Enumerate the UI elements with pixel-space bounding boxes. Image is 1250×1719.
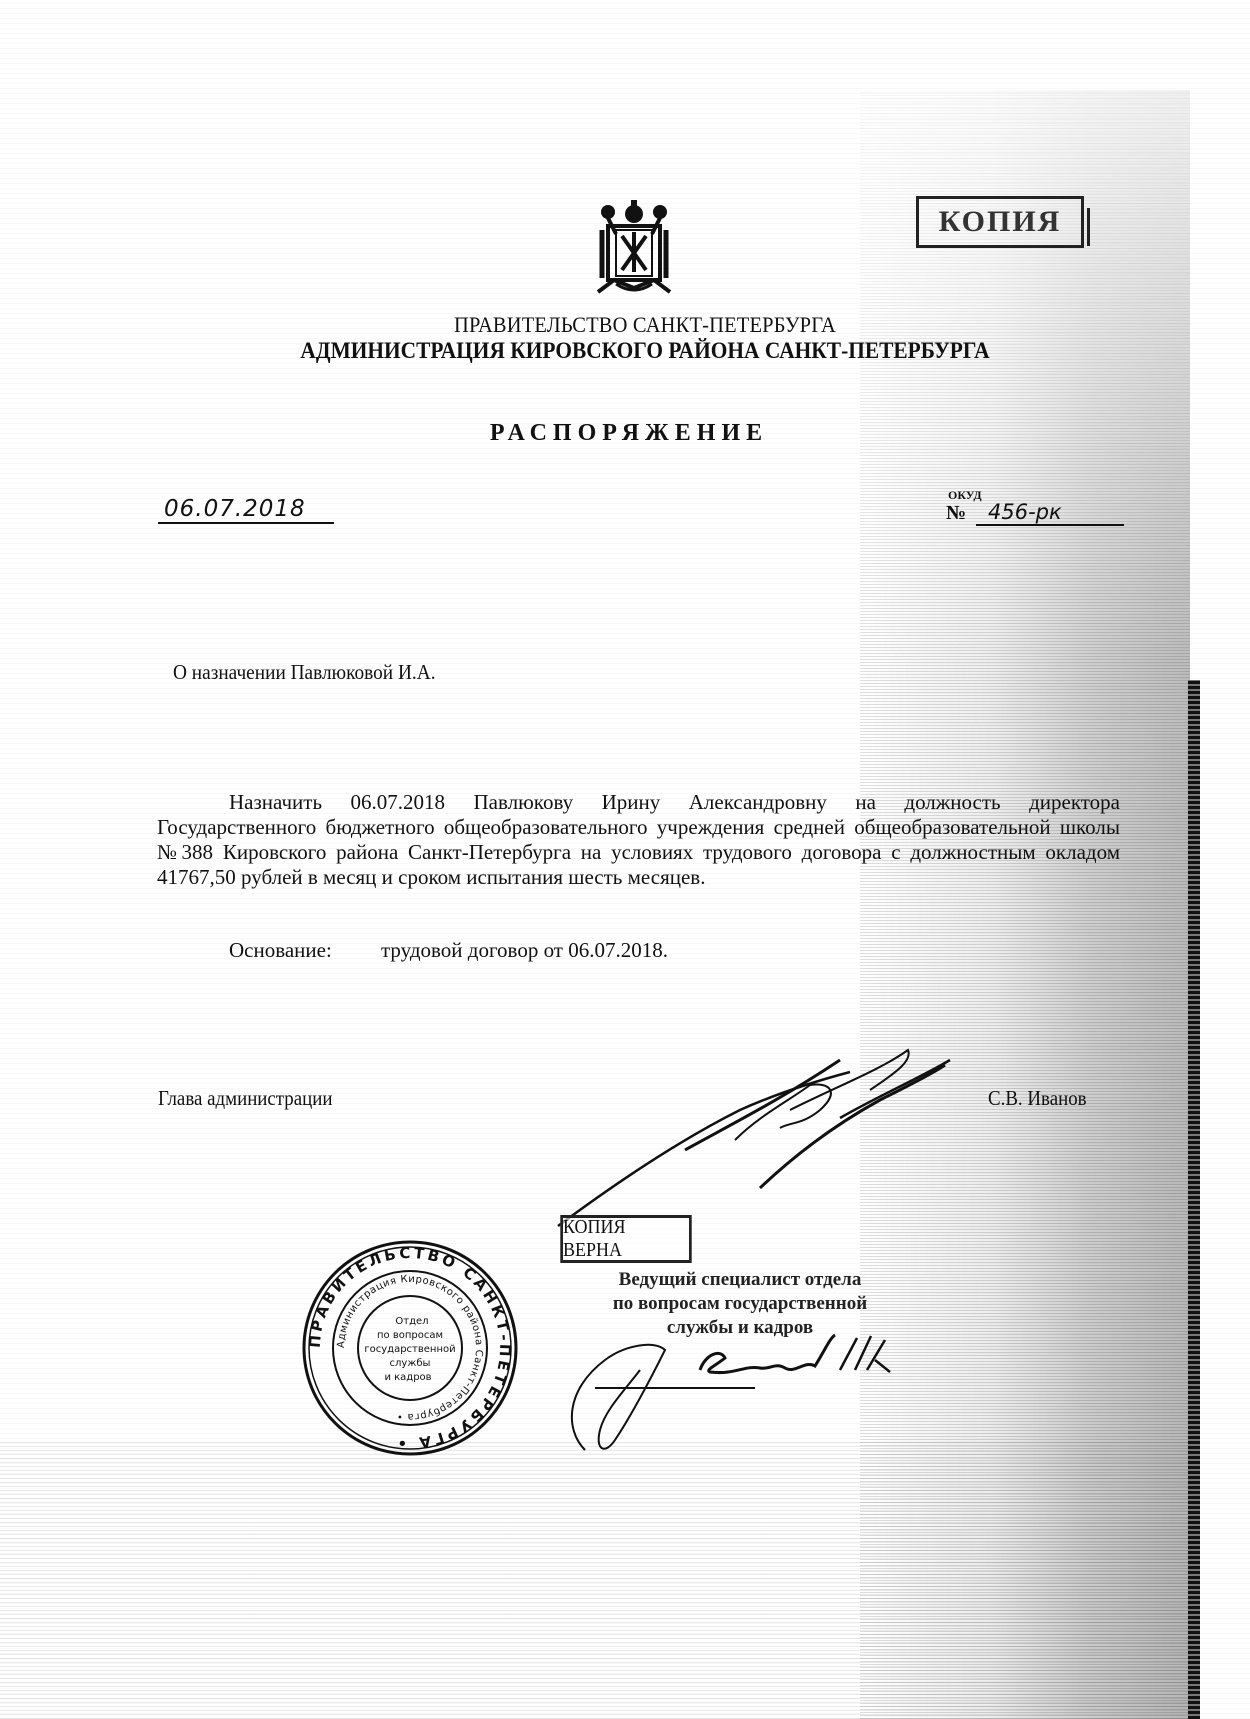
seal-center-text: Отдел [395, 1316, 428, 1327]
document-number: 456-рк [976, 500, 1124, 526]
government-title: ПРАВИТЕЛЬСТВО САНКТ-ПЕТЕРБУРГА [45, 312, 1245, 338]
seal-center-text: и кадров [384, 1372, 431, 1383]
administration-title: АДМИНИСТРАЦИЯ КИРОВСКОГО РАЙОНА САНКТ-ПЕ… [45, 338, 1245, 364]
signatory-title: Глава администрации [158, 1086, 332, 1111]
basis-text: трудовой договор от 06.07.2018. [381, 938, 668, 962]
document-basis: Основание:трудовой договор от 06.07.2018… [229, 938, 668, 963]
document-subject: О назначении Павлюковой И.А. [173, 660, 436, 685]
official-seal-icon: ПРАВИТЕЛЬСТВО САНКТ-ПЕТЕРБУРГА • Админис… [300, 1238, 520, 1458]
certifier-signature-icon [545, 1330, 925, 1460]
certifier-line: по вопросам государственной [570, 1292, 910, 1316]
certifier-line: службы и кадров [570, 1316, 910, 1340]
copy-stamp: КОПИЯ [916, 196, 1084, 248]
copy-verified-stamp: КОПИЯ ВЕРНА [560, 1215, 691, 1263]
body-paragraph: Назначить 06.07.2018 Павлюкову Ирину Але… [157, 790, 1120, 889]
signature-icon [540, 1030, 960, 1230]
seal-center-text: службы [390, 1358, 431, 1369]
saint-petersburg-coat-of-arms-icon [594, 200, 674, 296]
copy-stamp-mark [1087, 208, 1090, 246]
scan-shading-bottom [0, 1440, 1190, 1719]
document-body: Назначить 06.07.2018 Павлюкову Ирину Але… [157, 790, 1120, 890]
signatory-name: С.В. Иванов [988, 1086, 1087, 1111]
document-number-label: № [946, 502, 966, 525]
seal-center-text: государственной [364, 1344, 455, 1355]
certifier-line: Ведущий специалист отдела [570, 1268, 910, 1292]
basis-label: Основание: [229, 938, 381, 963]
document-type-title: РАСПОРЯЖЕНИЕ [0, 420, 1250, 447]
certifier-position: Ведущий специалист отдела по вопросам го… [570, 1268, 910, 1340]
document-date: 06.07.2018 [158, 496, 334, 524]
seal-center-text: по вопросам [377, 1330, 443, 1341]
scan-edge [1188, 680, 1200, 1719]
